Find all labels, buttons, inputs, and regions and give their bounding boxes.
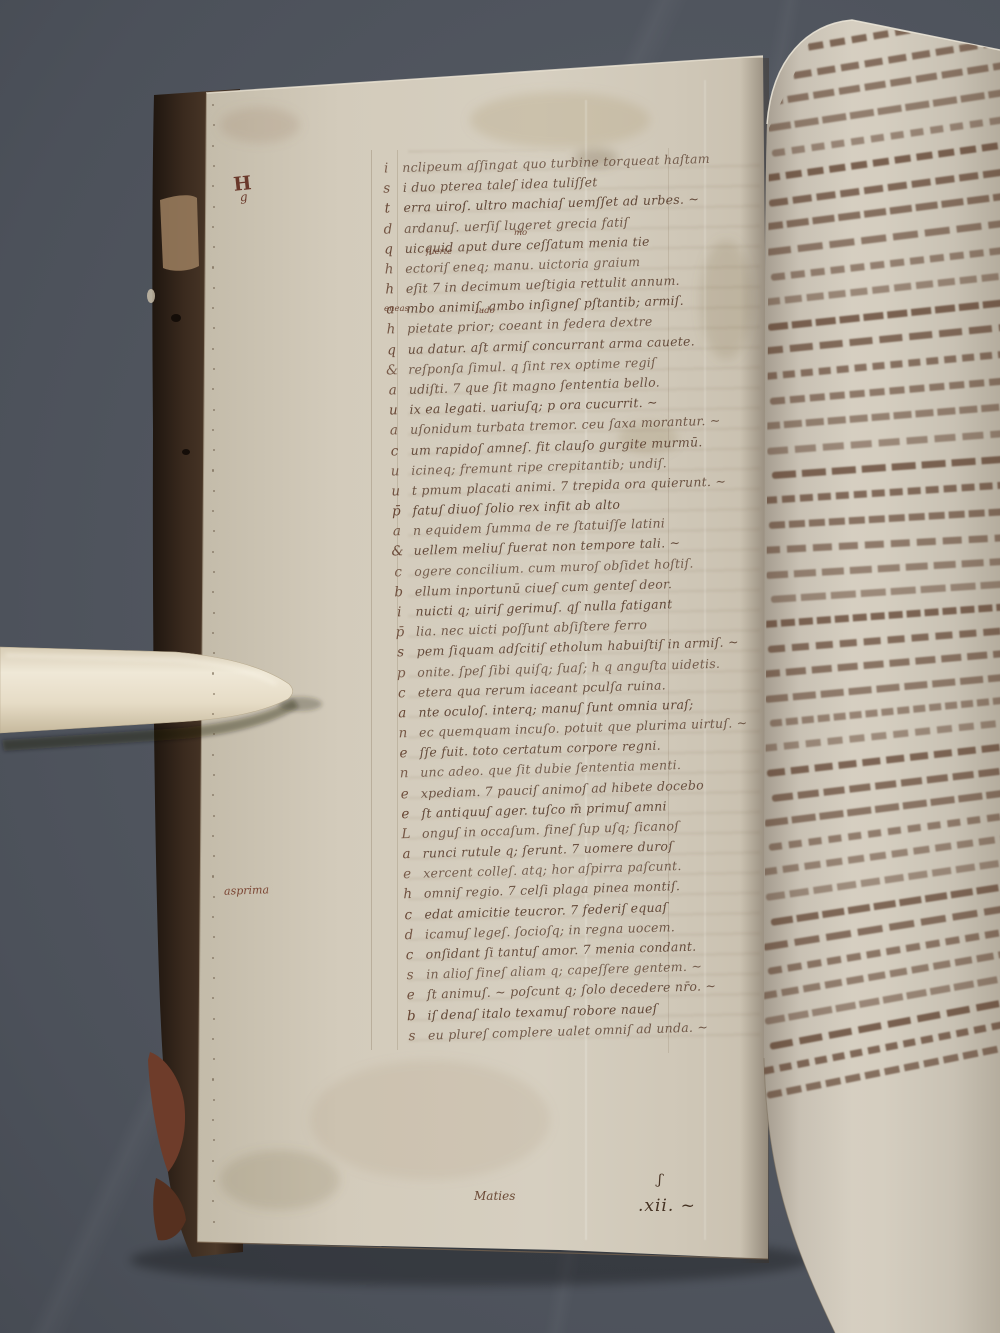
line-initial: q: [376, 239, 401, 260]
line-initial: h: [379, 319, 404, 340]
line-initial: c: [382, 441, 407, 462]
line-initial: d: [397, 925, 422, 946]
line-initial: e: [393, 783, 418, 804]
margin-note: asprima: [224, 883, 269, 898]
margin-mark: H g: [233, 175, 254, 203]
spine-hole: [171, 314, 181, 322]
line-initial: a: [381, 380, 406, 401]
right-page-script-line: [760, 324, 1000, 356]
right-page-script-line: [764, 973, 1000, 1025]
line-initial: i: [374, 158, 399, 179]
line-initial: e: [393, 804, 418, 825]
right-page-script-line: [766, 557, 1000, 579]
line-initial: a: [378, 299, 403, 320]
line-initial: n: [392, 763, 417, 784]
photo-background: inclipeum aſſingat quo turbine torqueat …: [0, 0, 1000, 1333]
line-initial: p: [389, 662, 414, 683]
line-initial: u: [381, 400, 406, 421]
right-page-script-line: [765, 672, 1000, 702]
line-initial: t: [375, 198, 400, 219]
line-initial: c: [386, 562, 411, 583]
right-page-script-line: [765, 350, 1000, 380]
right-page-script-line: [762, 904, 1000, 951]
right-page-script-line: [771, 580, 1000, 604]
right-page-script-line: [764, 481, 1000, 504]
line-text: fatuſ diuoſ ſolio rex infit ab alto: [412, 497, 620, 518]
right-page-script-line: [767, 429, 1000, 455]
right-page-script-line: [768, 297, 1000, 330]
line-initial: s: [388, 642, 413, 663]
line-initial: c: [396, 904, 421, 925]
right-page-script-line: [760, 649, 1000, 677]
line-initial: e: [395, 864, 420, 885]
line-initial: e: [391, 743, 416, 764]
line-initial: s: [398, 965, 423, 986]
line-initial: a: [385, 521, 410, 542]
left-page-text-column: inclipeum aſſingat quo turbine torqueat …: [402, 150, 709, 1058]
right-page-script-line: [770, 376, 1000, 405]
right-page-script-line: [761, 534, 1000, 554]
line-initial: h: [396, 884, 421, 905]
line-initial: c: [397, 945, 422, 966]
right-page-script-line: [769, 997, 1000, 1050]
line-initial: &: [380, 360, 405, 381]
line-initial: L: [394, 824, 419, 845]
line-initial: p̄: [388, 622, 413, 643]
line-initial: b: [399, 1005, 424, 1026]
line-initial: a: [394, 844, 419, 865]
quire-mark: .xii. ~: [638, 1196, 696, 1216]
line-text: i duo pterea taleſ idea tuliſſet: [403, 174, 598, 195]
line-initial: q: [379, 340, 404, 361]
line-initial: n: [391, 723, 416, 744]
line-initial: a: [390, 703, 415, 724]
right-page-script-line: [759, 950, 1000, 1000]
line-initial: b: [387, 582, 412, 603]
right-page-script-line: [772, 455, 1000, 480]
right-page-script-line: [769, 507, 1000, 529]
line-initial: c: [390, 683, 415, 704]
spine-hole-2: [182, 449, 190, 455]
right-page-script-line: [763, 603, 1000, 628]
line-initial: u: [383, 461, 408, 482]
line-initial: s: [375, 178, 400, 199]
line-initial: d: [376, 219, 401, 240]
spine-fleck: [147, 289, 155, 303]
right-page-script-line: [768, 626, 1000, 653]
line-initial: u: [384, 481, 409, 502]
right-page-script-line: [762, 402, 1000, 429]
line-initial: p̄: [384, 501, 409, 522]
ruling-line-initials: [371, 150, 372, 1050]
line-initial: i: [387, 602, 412, 623]
line-initial: h: [377, 259, 402, 280]
spine-worn-patch: [160, 195, 199, 271]
line-initial: h: [378, 279, 403, 300]
line-initial: &: [385, 541, 410, 562]
line-initial: a: [382, 420, 407, 441]
line-initial: e: [399, 985, 424, 1006]
right-page-script-line: [767, 927, 1000, 975]
catchword: Maties: [474, 1189, 515, 1203]
line-initial: s: [400, 1025, 425, 1046]
